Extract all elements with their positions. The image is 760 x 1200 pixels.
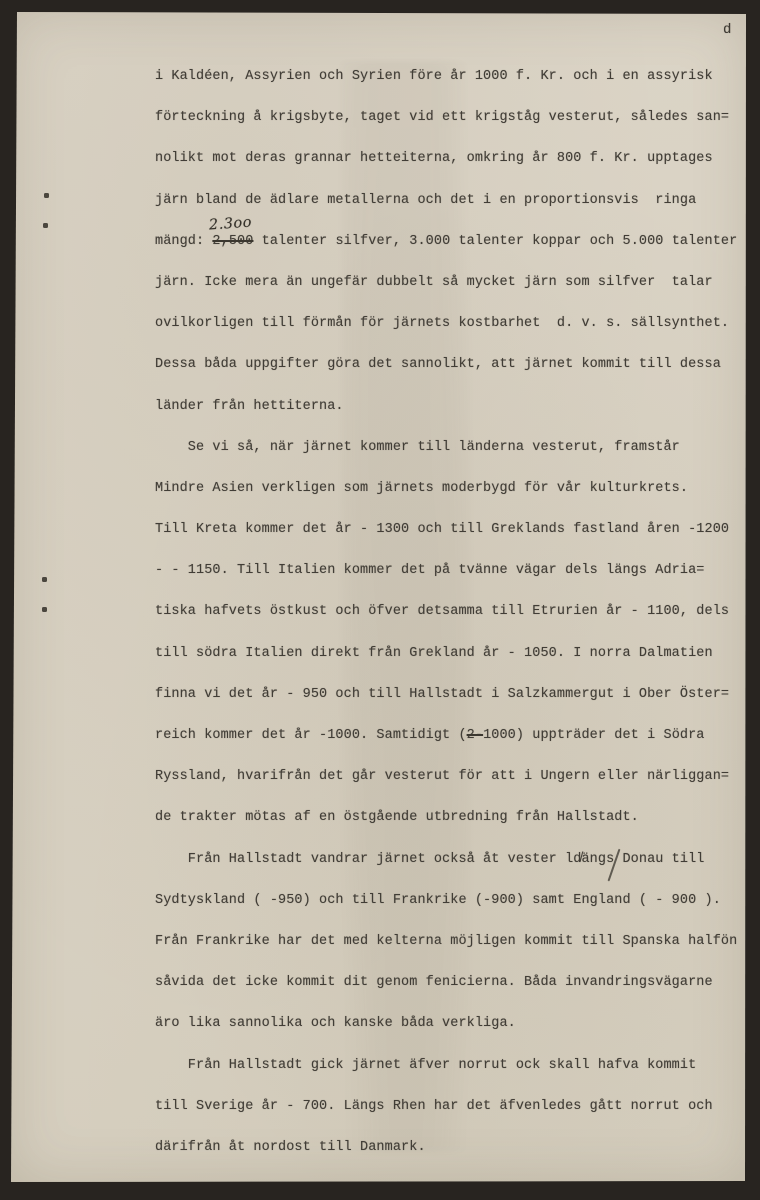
typed-line: Från Frankrike har det med kelterna möjl… xyxy=(155,933,742,974)
typed-line: förteckning å krigsbyte, taget vid ett k… xyxy=(155,109,742,150)
typed-line: Dessa båda uppgifter göra det sannolikt,… xyxy=(155,356,742,397)
typed-line: till Sverige år - 700. Längs Rhen har de… xyxy=(155,1098,742,1139)
page-marker: d xyxy=(723,22,731,38)
typed-line: därifrån åt nordost till Danmark. xyxy=(155,1139,742,1180)
typed-line: järn. Icke mera än ungefär dubbelt så my… xyxy=(155,274,742,315)
typed-line: nolikt mot deras grannar hetteiterna, om… xyxy=(155,150,742,191)
typed-text-block: i Kaldéen, Assyrien och Syrien före år 1… xyxy=(155,68,742,1180)
typed-line: länder från hettiterna. xyxy=(155,398,742,439)
handwritten-correction: 2.3oo xyxy=(208,214,252,234)
typed-line: Mindre Asien verkligen som järnets moder… xyxy=(155,480,742,521)
typed-line: Från Hallstadt vandrar järnet också åt v… xyxy=(155,851,742,892)
typed-line: de trakter mötas af en östgående utbredn… xyxy=(155,809,742,850)
margin-ink-dot xyxy=(43,223,48,228)
typed-line: såvida det icke kommit dit genom fenicie… xyxy=(155,974,742,1015)
typed-line: finna vi det år - 950 och till Hallstadt… xyxy=(155,686,742,727)
margin-ink-dot xyxy=(42,577,47,582)
margin-ink-dot xyxy=(42,607,47,612)
typed-line: i Kaldéen, Assyrien och Syrien före år 1… xyxy=(155,68,742,109)
typed-line: Ryssland, hvarifrån det går vesterut för… xyxy=(155,768,742,809)
typed-line: Sydtyskland ( -950) och till Frankrike (… xyxy=(155,892,742,933)
typed-line: Se vi så, när järnet kommer till ländern… xyxy=(155,439,742,480)
typed-line: äro lika sannolika och kanske båda verkl… xyxy=(155,1015,742,1056)
struck-text: 2,500 xyxy=(212,234,253,249)
margin-ink-dot xyxy=(44,193,49,198)
typed-line: - - 1150. Till Italien kommer det på tvä… xyxy=(155,562,742,603)
typed-line: tiska hafvets östkust och öfver detsamma… xyxy=(155,603,742,644)
struck-text: 2- xyxy=(467,728,483,743)
typed-line: Till Kreta kommer det år - 1300 och till… xyxy=(155,521,742,562)
document-page: d i Kaldéen, Assyrien och Syrien före år… xyxy=(11,12,746,1182)
typed-line: reich kommer det år -1000. Samtidigt (2-… xyxy=(155,727,742,768)
typed-line: Från Hallstadt gick järnet äfver norrut … xyxy=(155,1057,742,1098)
typed-line: mängd: 2,500 talenter silfver, 3.000 tal… xyxy=(155,233,742,274)
typed-line: ovilkorligen till förmån för järnets kos… xyxy=(155,315,742,356)
typed-line: till södra Italien direkt från Grekland … xyxy=(155,645,742,686)
